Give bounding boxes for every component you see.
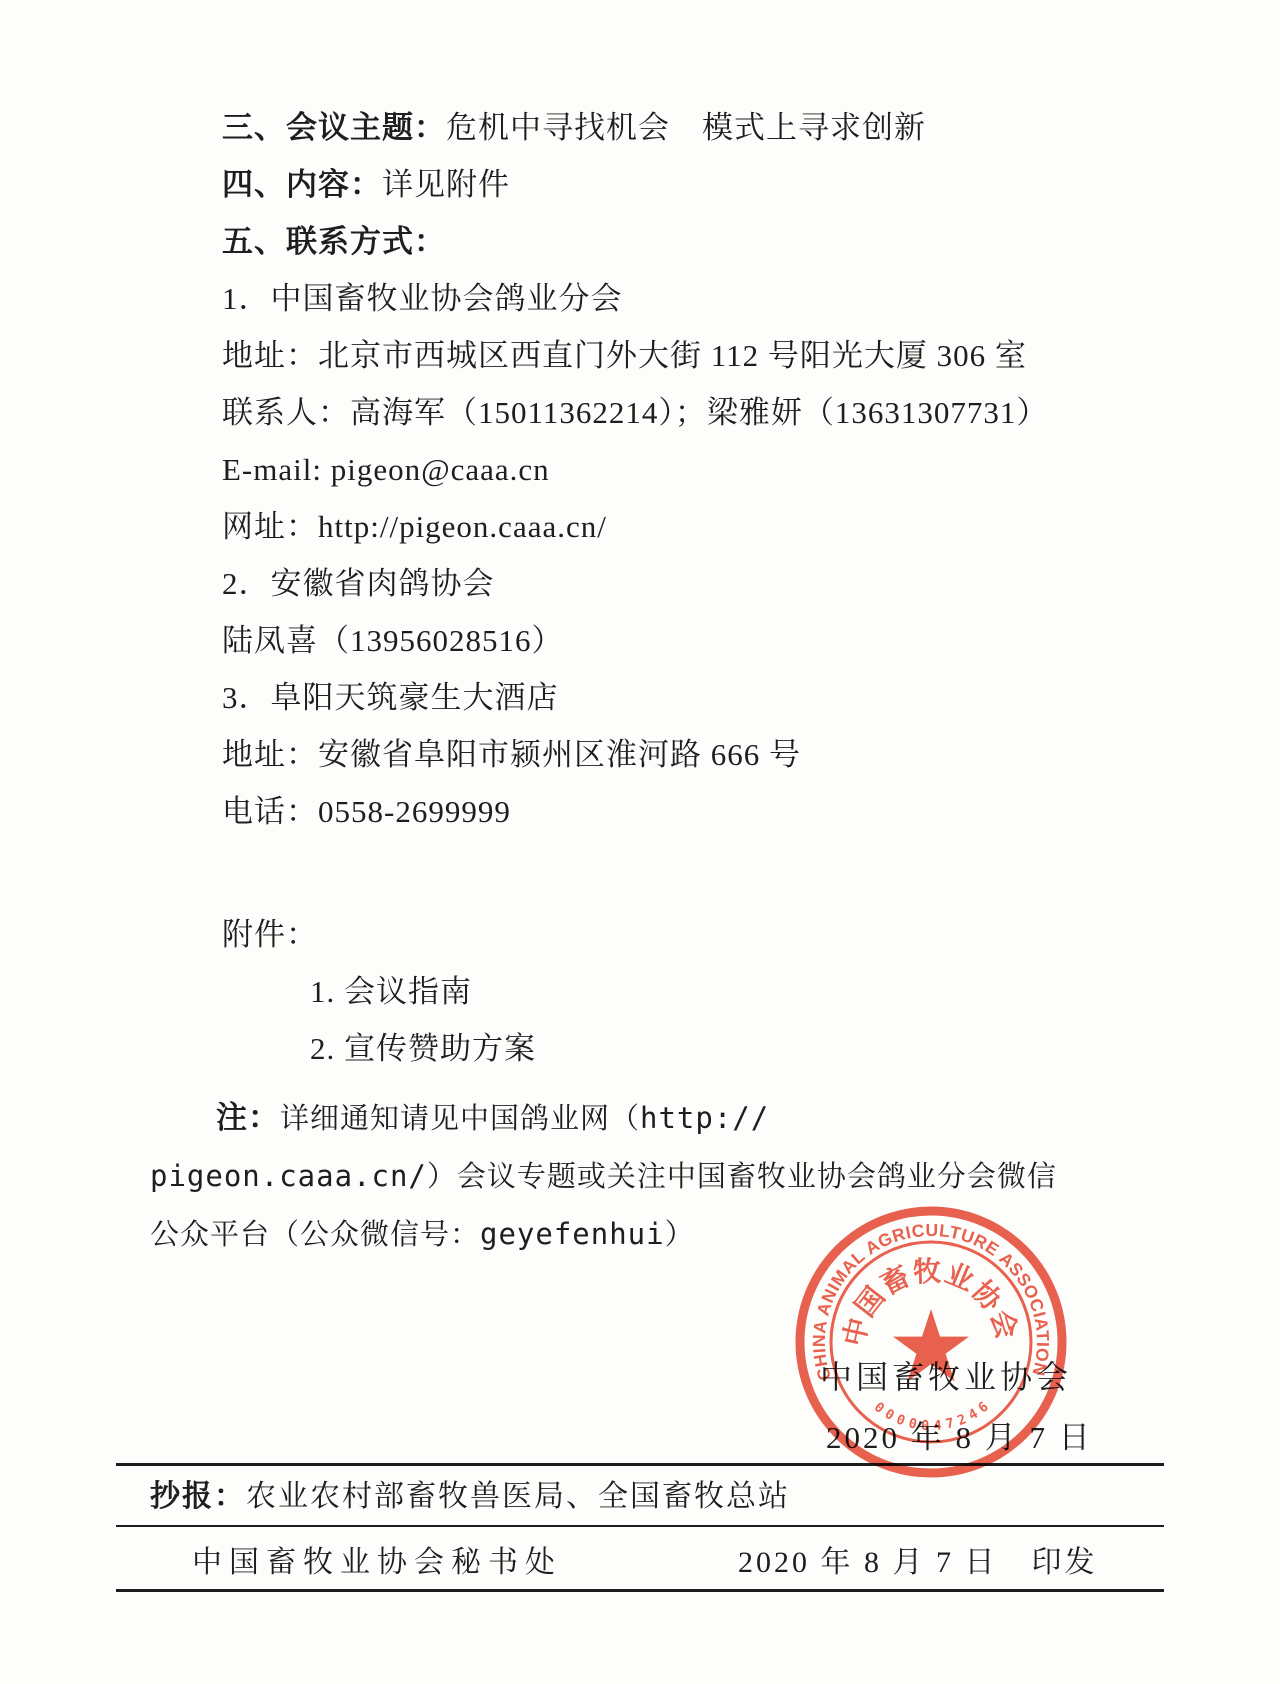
issuer-name: 中国畜牧业协会秘书处 bbox=[192, 1540, 562, 1586]
line-contact-person-2: 陆凤喜（13956028516） bbox=[150, 612, 1078, 669]
line-contact-persons: 联系人：高海军（15011362214）；梁雅妍（13631307731） bbox=[150, 384, 1078, 441]
issue-date: 2020 年 8 月 7 日 bbox=[738, 1540, 998, 1586]
divider-line-bottom bbox=[116, 1589, 1164, 1592]
issue-info: 2020 年 8 月 7 日 印发 bbox=[738, 1540, 1098, 1586]
line-address-3: 地址：安徽省阜阳市颍州区淮河路 666 号 bbox=[150, 726, 1078, 783]
line-org-1: 1．中国畜牧业协会鸽业分会 bbox=[150, 270, 1078, 327]
cc-label: 抄报： bbox=[150, 1480, 246, 1513]
section-text: 详见附件 bbox=[382, 167, 510, 202]
cc-row: 抄报：农业农村部畜牧兽医局、全国畜牧总站 bbox=[150, 1472, 790, 1522]
section-text: 危机中寻找机会 模式上寻求创新 bbox=[446, 110, 926, 145]
section-label: 五、联系方式： bbox=[222, 224, 446, 259]
line-org-3: 3．阜阳天筑豪生大酒店 bbox=[150, 669, 1078, 726]
document-body: 三、会议主题：危机中寻找机会 模式上寻求创新 四、内容：详见附件 五、联系方式：… bbox=[150, 99, 1078, 1263]
section-label: 三、会议主题： bbox=[222, 110, 446, 145]
issue-suffix: 印发 bbox=[1032, 1540, 1098, 1586]
email-text: E-mail: pigeon@caaa.cn bbox=[222, 452, 550, 487]
attachments-title: 附件： bbox=[150, 906, 1078, 963]
attachment-item-2: 2. 宣传赞助方案 bbox=[150, 1020, 1078, 1077]
line-contact-heading: 五、联系方式： bbox=[150, 213, 1078, 270]
line-phone-3: 电话：0558-2699999 bbox=[150, 783, 1078, 840]
divider-line-middle bbox=[116, 1525, 1164, 1527]
line-org-2: 2．安徽省肉鸽协会 bbox=[150, 555, 1078, 612]
official-seal: CHINA ANIMAL AGRICULTURE ASSOCIATION 中国畜… bbox=[791, 1202, 1071, 1482]
section-text: 电话：0558-2699999 bbox=[222, 794, 511, 829]
line-website: 网址：http://pigeon.caaa.cn/ bbox=[150, 498, 1078, 555]
url-text: 网址：http://pigeon.caaa.cn/ bbox=[222, 509, 607, 544]
section-label: 四、内容： bbox=[222, 167, 382, 202]
section-text: 2．安徽省肉鸽协会 bbox=[222, 566, 495, 601]
section-text: 地址：安徽省阜阳市颍州区淮河路 666 号 bbox=[222, 737, 801, 772]
note-label: 注： bbox=[216, 1100, 280, 1135]
section-text: 地址：北京市西城区西直门外大街 112 号阳光大厦 306 室 bbox=[222, 338, 1027, 373]
red-star-icon bbox=[893, 1309, 969, 1381]
line-content: 四、内容：详见附件 bbox=[150, 156, 1078, 213]
attachment-item-1: 1. 会议指南 bbox=[150, 963, 1078, 1020]
seal-serial-number: 0000047246 bbox=[871, 1399, 992, 1434]
document-page: 三、会议主题：危机中寻找机会 模式上寻求创新 四、内容：详见附件 五、联系方式：… bbox=[0, 0, 1280, 1684]
section-text: 1．中国畜牧业协会鸽业分会 bbox=[222, 281, 623, 316]
section-text: 联系人：高海军（15011362214）；梁雅妍（13631307731） bbox=[222, 395, 1048, 430]
line-meeting-theme: 三、会议主题：危机中寻找机会 模式上寻求创新 bbox=[150, 99, 1078, 156]
section-text: 3．阜阳天筑豪生大酒店 bbox=[222, 680, 559, 715]
line-email: E-mail: pigeon@caaa.cn bbox=[150, 441, 1078, 498]
line-address-1: 地址：北京市西城区西直门外大街 112 号阳光大厦 306 室 bbox=[150, 327, 1078, 384]
section-text: 陆凤喜（13956028516） bbox=[222, 623, 564, 658]
cc-text: 农业农村部畜牧兽医局、全国畜牧总站 bbox=[246, 1480, 790, 1513]
